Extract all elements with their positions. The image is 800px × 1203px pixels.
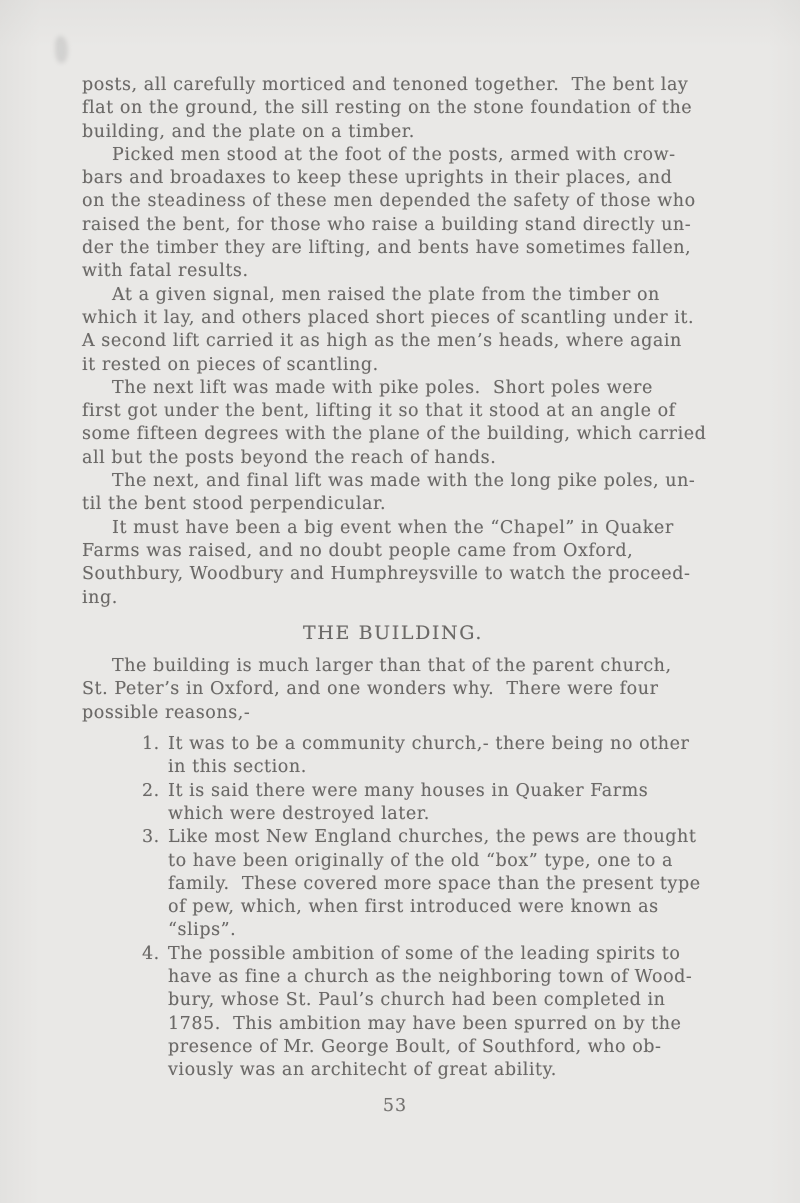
text-line: family. These covered more space than th… <box>168 873 742 896</box>
text-line: It is said there were many houses in Qua… <box>168 780 742 803</box>
paragraph: It must have been a big event when the “… <box>82 517 742 610</box>
text-line: of pew, which, when first introduced wer… <box>168 896 742 919</box>
text-line: “slips”. <box>168 919 742 942</box>
text-block: posts, all carefully morticed and tenone… <box>82 74 742 1119</box>
text-line: posts, all carefully morticed and tenone… <box>82 74 742 97</box>
text-line: Picked men stood at the foot of the post… <box>82 144 742 167</box>
text-line: It must have been a big event when the “… <box>82 517 742 540</box>
text-line: it rested on pieces of scantling. <box>82 354 742 377</box>
text-line: which it lay, and others placed short pi… <box>82 307 742 330</box>
text-line: The building is much larger than that of… <box>82 655 742 678</box>
text-line: first got under the bent, lifting it so … <box>82 400 742 423</box>
text-line: raised the bent, for those who raise a b… <box>82 214 742 237</box>
smudge-mark <box>55 36 68 63</box>
numbered-list: 1. It was to be a community church,- the… <box>142 733 742 1082</box>
text-line: have as fine a church as the neighboring… <box>168 966 742 989</box>
list-item-number: 1. <box>142 733 168 756</box>
list-item: 1. It was to be a community church,- the… <box>142 733 742 780</box>
list-item-number: 4. <box>142 943 168 966</box>
page-number: 53 <box>82 1095 742 1118</box>
text-line: At a given signal, men raised the plate … <box>82 284 742 307</box>
text-line: A second lift carried it as high as the … <box>82 330 742 353</box>
text-line: The next lift was made with pike poles. … <box>82 377 742 400</box>
paragraph: Picked men stood at the foot of the post… <box>82 144 742 284</box>
list-item-text: Like most New England churches, the pews… <box>168 826 742 942</box>
text-line: on the steadiness of these men depended … <box>82 190 742 213</box>
text-line: 1785. This ambition may have been spurre… <box>168 1013 742 1036</box>
text-line: bars and broadaxes to keep these upright… <box>82 167 742 190</box>
text-line: possible reasons,- <box>82 702 742 725</box>
paragraph: The next, and final lift was made with t… <box>82 470 742 517</box>
paragraph: posts, all carefully morticed and tenone… <box>82 74 742 144</box>
text-line: with fatal results. <box>82 260 742 283</box>
paragraph: The building is much larger than that of… <box>82 655 742 725</box>
text-line: presence of Mr. George Boult, of Southfo… <box>168 1036 742 1059</box>
text-line: Farms was raised, and no doubt people ca… <box>82 540 742 563</box>
text-line: Like most New England churches, the pews… <box>168 826 742 849</box>
text-line: St. Peter’s in Oxford, and one wonders w… <box>82 678 742 701</box>
list-item-number: 3. <box>142 826 168 849</box>
list-item-number: 2. <box>142 780 168 803</box>
text-line: til the bent stood perpendicular. <box>82 493 742 516</box>
text-line: in this section. <box>168 756 742 779</box>
section-heading: THE BUILDING. <box>82 622 742 645</box>
paragraph: The next lift was made with pike poles. … <box>82 377 742 470</box>
paragraph: At a given signal, men raised the plate … <box>82 284 742 377</box>
scanned-book-page: posts, all carefully morticed and tenone… <box>0 0 800 1203</box>
list-item: 2. It is said there were many houses in … <box>142 780 742 827</box>
text-line: ing. <box>82 587 742 610</box>
text-line: flat on the ground, the sill resting on … <box>82 97 742 120</box>
list-item: 3. Like most New England churches, the p… <box>142 826 742 942</box>
text-line: The next, and final lift was made with t… <box>82 470 742 493</box>
list-item-text: The possible ambition of some of the lea… <box>168 943 742 1083</box>
text-line: It was to be a community church,- there … <box>168 733 742 756</box>
text-line: some fifteen degrees with the plane of t… <box>82 423 742 446</box>
text-line: bury, whose St. Paul’s church had been c… <box>168 989 742 1012</box>
list-item-text: It is said there were many houses in Qua… <box>168 780 742 827</box>
list-item: 4. The possible ambition of some of the … <box>142 943 742 1083</box>
text-line: The possible ambition of some of the lea… <box>168 943 742 966</box>
text-line: which were destroyed later. <box>168 803 742 826</box>
text-line: viously was an architecht of great abili… <box>168 1059 742 1082</box>
text-line: Southbury, Woodbury and Humphreysville t… <box>82 563 742 586</box>
text-line: to have been originally of the old “box”… <box>168 850 742 873</box>
text-line: all but the posts beyond the reach of ha… <box>82 447 742 470</box>
text-line: der the timber they are lifting, and ben… <box>82 237 742 260</box>
text-line: building, and the plate on a timber. <box>82 121 742 144</box>
list-item-text: It was to be a community church,- there … <box>168 733 742 780</box>
